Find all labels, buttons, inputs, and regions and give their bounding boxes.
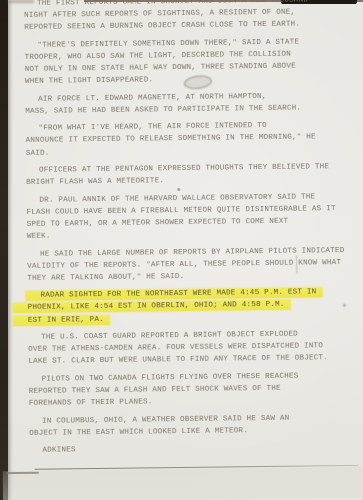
text-line-content: IN COLUMBUS, OHIO, A WEATHER OBSERVER SA… <box>42 414 289 425</box>
text-line-content: "THERE'S DEFINITELY SOMETHING DOWN THERE… <box>37 38 299 49</box>
text-line: FOREHANDS OF THEIR PLANES. <box>29 394 359 410</box>
scanned-page-background: THE FIRST REPORTS CAME IN SHORTLY AND SO… <box>0 0 363 500</box>
paragraph: THE U.S. COAST GUARD REPORTED A BRIGHT O… <box>28 328 358 369</box>
paragraph: THE FIRST REPORTS CAME IN SHORTLY AND SO… <box>24 0 354 34</box>
ink-speck <box>296 256 297 274</box>
paragraph: "FROM WHAT I'VE HEARD, THE AIR FORCE INT… <box>25 119 355 160</box>
text-line-content: SAID. <box>26 149 50 157</box>
text-line-content: EST IN ERIE, PA. <box>13 315 110 326</box>
paragraph: ADKINES <box>29 441 359 457</box>
paragraph: PILOTS ON TWO CANADA FLIGHTS FLYING OVER… <box>28 370 358 411</box>
text-line: MASS, SAID HE HAD BEEN ASKED TO PARTICIP… <box>25 102 355 118</box>
text-line-content: REPORTED THEY SAW A FLASH AND FELT SHOCK… <box>29 385 281 396</box>
text-line: THEY ARE TALKING ABOUT," HE SAID. <box>27 269 357 285</box>
text-line: ADKINES <box>29 441 359 457</box>
text-line-content: THE U.S. COAST GUARD REPORTED A BRIGHT O… <box>41 331 298 342</box>
text-line-content: DR. PAUL ANNIK OF THE HARVARD WALLACE OB… <box>39 193 315 204</box>
text-line-content: NOT ONLY IN ONE STATE HALF WAY DOWN, THR… <box>25 63 296 74</box>
text-line: REPORTED SEEING A BURNING OBJECT CRASH C… <box>24 18 354 34</box>
asterisk-mark: * <box>342 303 352 315</box>
paragraph: IN COLUMBUS, OHIO, A WEATHER OBSERVER SA… <box>29 411 359 439</box>
text-line-content: AIR FORCE LT. EDWARD MAGNETTE, AT NORTH … <box>38 93 266 104</box>
highlighted-paragraph: RADAR SIGHTED FOR THE NORTHEAST WERE MAD… <box>27 286 357 327</box>
text-line-content: NIGHT AFTER SUCH REPORTS OF SIGHTINGS, A… <box>24 9 295 20</box>
text-line: EST IN ERIE, PA. <box>28 310 358 326</box>
text-line-content: MASS, SAID HE HAD BEEN ASKED TO PARTICIP… <box>25 104 301 115</box>
ink-speck <box>177 188 180 191</box>
text-line: SAID. <box>26 143 356 159</box>
text-line-content: FOREHANDS OF THEIR PLANES. <box>29 398 153 408</box>
paragraph: HE SAID THE LARGE NUMBER OF REPORTS BY A… <box>27 244 357 285</box>
text-line: LAKE ST. CLAIR BUT WERE UNABLE TO FIND A… <box>28 352 358 368</box>
text-line-content: OBJECT IN THE EAST WHICH LOOKED LIKE A M… <box>29 427 248 438</box>
paragraph: DR. PAUL ANNIK OF THE HARVARD WALLACE OB… <box>26 190 357 243</box>
text-line-content: WEEK. <box>27 233 51 241</box>
text-line: BRIGHT FLASH WAS A METEORITE. <box>26 173 356 189</box>
text-line: OBJECT IN THE EAST WHICH LOOKED LIKE A M… <box>29 424 359 440</box>
text-line-content: SPED TO EARTH, OR A METEOR SHOWER EXPECT… <box>27 218 289 229</box>
text-line-content: REPORTED SEEING A BURNING OBJECT CRASH C… <box>24 21 300 32</box>
text-line-content: THEY ARE TALKING ABOUT," HE SAID. <box>27 273 184 283</box>
paragraph: AIR FORCE LT. EDWARD MAGNETTE, AT NORTH … <box>25 90 355 118</box>
document-page: THE FIRST REPORTS CAME IN SHORTLY AND SO… <box>0 0 363 500</box>
text-line-content: WHEN THE LIGHT DISAPPEARED. <box>25 77 154 87</box>
paragraph: OFFICERS AT THE PENTAGON EXPRESSED THOUG… <box>26 161 356 189</box>
text-line-content: TROOPER, WHO ALSO SAW THE LIGHT, DESCRIB… <box>25 51 291 62</box>
below-rule-shading <box>3 467 363 500</box>
text-line-content: PILOTS ON TWO CANADA FLIGHTS FLYING OVER… <box>42 372 299 383</box>
text-line-content: BRIGHT FLASH WAS A METEORITE. <box>26 177 164 187</box>
typewritten-text-block: THE FIRST REPORTS CAME IN SHORTLY AND SO… <box>24 0 360 462</box>
text-line: WEEK. <box>27 227 357 243</box>
text-line-content: ADKINES <box>42 446 75 454</box>
text-line-content: "FROM WHAT I'VE HEARD, THE AIR FORCE INT… <box>38 122 266 133</box>
text-line-content: LAKE ST. CLAIR BUT WERE UNABLE TO FIND A… <box>28 355 328 367</box>
